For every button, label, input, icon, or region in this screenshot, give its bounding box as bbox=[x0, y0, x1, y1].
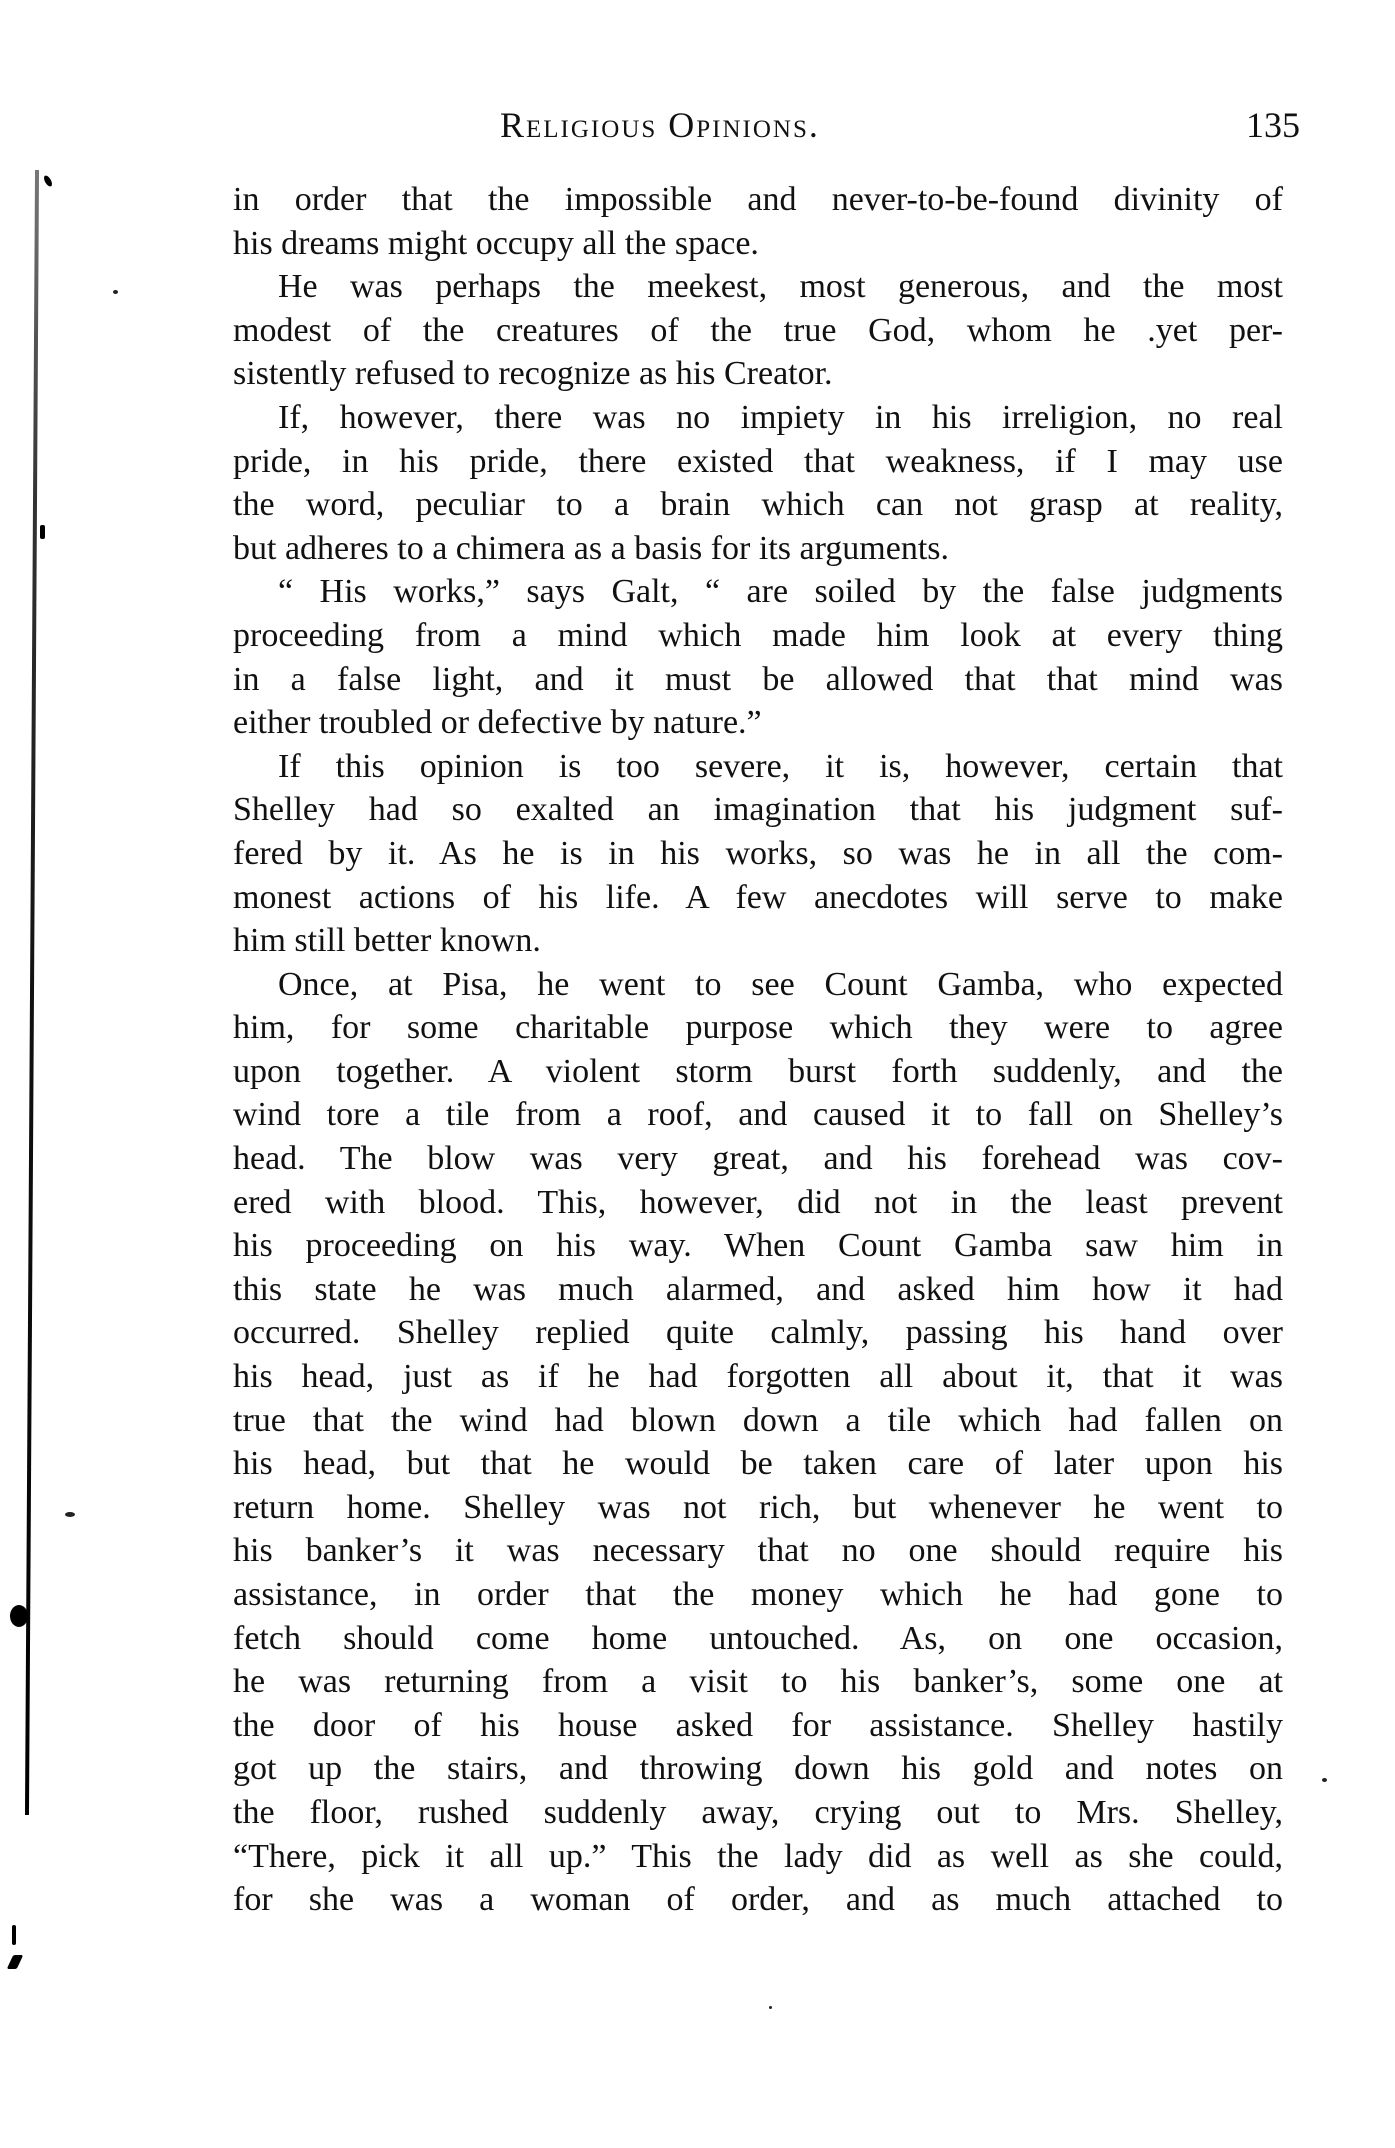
text-line: the door of his house asked for assistan… bbox=[233, 1704, 1283, 1748]
text-line: fetch should come home untouched. As, on… bbox=[233, 1617, 1283, 1661]
text-line: true that the wind had blown down a tile… bbox=[233, 1399, 1283, 1443]
text-line: but adheres to a chimera as a basis for … bbox=[233, 527, 1283, 571]
text-line: him still better known. bbox=[233, 919, 1283, 963]
text-line: sistently refused to recognize as his Cr… bbox=[233, 352, 1283, 396]
stray-mark bbox=[769, 2006, 772, 2009]
text-line: him, for some charitable purpose which t… bbox=[233, 1006, 1283, 1050]
binding-mark bbox=[10, 1605, 28, 1627]
binding-mark bbox=[7, 1955, 24, 1969]
body-text: in order that the impossible and never-t… bbox=[233, 178, 1283, 1922]
text-line: wind tore a tile from a roof, and caused… bbox=[233, 1093, 1283, 1137]
text-line: his head, but that he would be taken car… bbox=[233, 1442, 1283, 1486]
text-line: If this opinion is too severe, it is, ho… bbox=[233, 745, 1283, 789]
paragraph: If this opinion is too severe, it is, ho… bbox=[233, 745, 1283, 963]
text-line: for she was a woman of order, and as muc… bbox=[233, 1878, 1283, 1922]
text-line: ered with blood. This, however, did not … bbox=[233, 1181, 1283, 1225]
paragraph: “ His works,” says Galt, “ are soiled by… bbox=[233, 570, 1283, 744]
text-line: Shelley had so exalted an imagination th… bbox=[233, 788, 1283, 832]
text-line: he was returning from a visit to his ban… bbox=[233, 1660, 1283, 1704]
text-line: return home. Shelley was not rich, but w… bbox=[233, 1486, 1283, 1530]
paragraph: If, however, there was no impiety in his… bbox=[233, 396, 1283, 570]
text-line: the word, peculiar to a brain which can … bbox=[233, 483, 1283, 527]
stray-mark bbox=[1322, 1778, 1327, 1782]
text-line: head. The blow was very great, and his f… bbox=[233, 1137, 1283, 1181]
text-line: his dreams might occupy all the space. bbox=[233, 222, 1283, 266]
paragraph: He was perhaps the meekest, most generou… bbox=[233, 265, 1283, 396]
text-line: pride, in his pride, there existed that … bbox=[233, 440, 1283, 484]
binding-mark bbox=[12, 1925, 16, 1945]
text-line: occurred. Shelley replied quite calmly, … bbox=[233, 1311, 1283, 1355]
text-line: in a false light, and it must be allowed… bbox=[233, 658, 1283, 702]
text-line: in order that the impossible and never-t… bbox=[233, 178, 1283, 222]
text-line: upon together. A violent storm burst for… bbox=[233, 1050, 1283, 1094]
text-line: “ His works,” says Galt, “ are soiled by… bbox=[233, 570, 1283, 614]
running-header: Religious Opinions. 135 bbox=[230, 104, 1300, 154]
text-line: assistance, in order that the money whic… bbox=[233, 1573, 1283, 1617]
text-line: the floor, rushed suddenly away, crying … bbox=[233, 1791, 1283, 1835]
book-page: Religious Opinions. 135 in order that th… bbox=[0, 0, 1395, 2148]
text-line: either troubled or defective by nature.” bbox=[233, 701, 1283, 745]
text-line: If, however, there was no impiety in his… bbox=[233, 396, 1283, 440]
page-number: 135 bbox=[1246, 104, 1300, 146]
text-line: fered by it. As he is in his works, so w… bbox=[233, 832, 1283, 876]
text-line: “There, pick it all up.” This the lady d… bbox=[233, 1835, 1283, 1879]
text-line: this state he was much alarmed, and aske… bbox=[233, 1268, 1283, 1312]
paragraph: Once, at Pisa, he went to see Count Gamb… bbox=[233, 963, 1283, 1922]
text-line: modest of the creatures of the true God,… bbox=[233, 309, 1283, 353]
stray-mark bbox=[65, 1512, 75, 1517]
text-line: his head, just as if he had forgotten al… bbox=[233, 1355, 1283, 1399]
binding-mark bbox=[40, 525, 45, 539]
text-line: his banker’s it was necessary that no on… bbox=[233, 1529, 1283, 1573]
running-header-title: Religious Opinions. bbox=[500, 104, 820, 146]
binding-edge-line bbox=[25, 170, 39, 1815]
text-line: monest actions of his life. A few anecdo… bbox=[233, 876, 1283, 920]
text-line: He was perhaps the meekest, most generou… bbox=[233, 265, 1283, 309]
stray-mark bbox=[113, 290, 118, 294]
text-line: his proceeding on his way. When Count Ga… bbox=[233, 1224, 1283, 1268]
text-line: Once, at Pisa, he went to see Count Gamb… bbox=[233, 963, 1283, 1007]
paragraph: in order that the impossible and never-t… bbox=[233, 178, 1283, 265]
binding-mark bbox=[42, 174, 53, 187]
text-line: proceeding from a mind which made him lo… bbox=[233, 614, 1283, 658]
text-line: got up the stairs, and throwing down his… bbox=[233, 1747, 1283, 1791]
